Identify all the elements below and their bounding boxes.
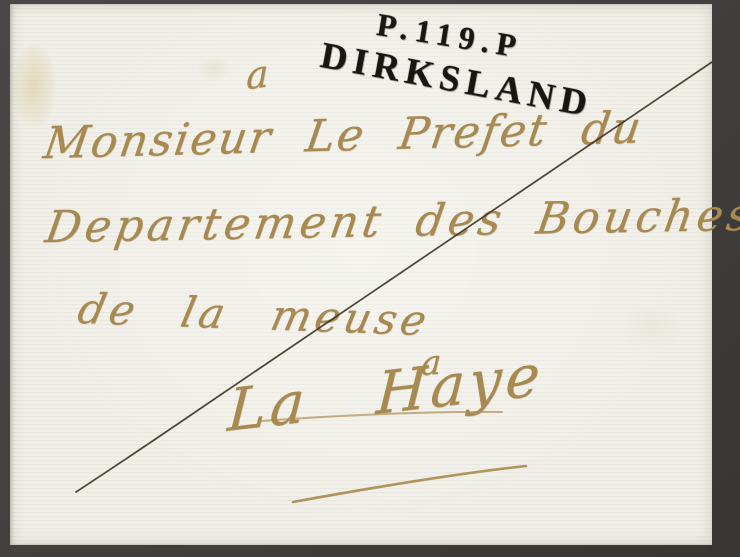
address-word-a-top: a [246,51,268,99]
address-line-destination: La Haye [226,340,546,445]
address-line-department: Departement des Bouches [42,190,740,254]
paper-stain [622,304,682,350]
photo-frame: P.119.P DIRKSLAND a Monsieur Le Prefet d… [0,0,740,557]
letter-cover: P.119.P DIRKSLAND a Monsieur Le Prefet d… [10,4,712,545]
address-line-department-2: de la meuse [74,284,435,345]
